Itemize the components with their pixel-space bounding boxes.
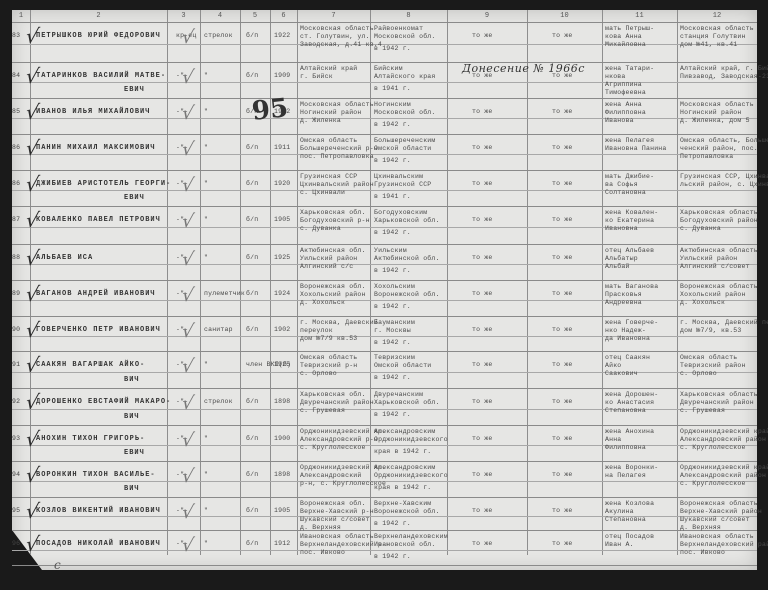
conscription-office-line: края в 1942 г. [374,484,431,492]
conscription-office-line: Харьковской обл. [374,217,440,225]
soldier-name: ИВАНОВ ИЛЬЯ МИХАЙЛОВИЧ [36,108,150,116]
birthplace-line: Верхне-Хавский р-н [300,508,374,516]
margin-mark: c [54,558,61,572]
conscription-office-line: Бауманским [374,319,415,327]
party-status: б/п [246,398,258,406]
birthplace-line: с. Круглолесское [300,444,366,452]
conscription-office-line: в 1942 г. [374,553,411,561]
address-line: с. Круглолесское [680,480,746,488]
conscription-office-line: Хохольским [374,283,415,291]
birthplace-line: Уильский район [300,255,357,263]
conscription-office-line: Райвоенкомат [374,25,423,33]
row-number: 86 [12,144,20,152]
checkmark-icon: √ [24,26,40,46]
soldier-name: ГОВЕРЧЕНКО ПЕТР ИВАНОВИЧ [36,326,161,334]
birthplace-line: Хохольский район [300,291,366,299]
checkmark-icon: √ [24,284,40,304]
row-divider [12,461,757,462]
conscription-office-line: Богодуховским [374,209,427,217]
address-line: Московская область [680,101,754,109]
row-divider [12,550,757,551]
document-sheet: 12345678910111283ПЕТРЫШКОВ ЮРИЙ ФЕДОРОВИ… [12,10,757,570]
birthplace-line: Заводская, д.41 кв.4 [300,41,382,49]
relative-line: жена Ковален- [605,209,658,217]
column-divider [270,10,271,555]
row-number: 83 [12,32,20,40]
soldier-name: ТАТАРИНКОВ ВАСИЛИЙ МАТВЕ- [36,72,166,80]
birth-year: 1925 [274,361,290,369]
column-divider [677,10,678,555]
col10-value: то же [552,32,573,40]
column-header: 5 [240,12,270,20]
address-line: ченский район, пос. [680,145,758,153]
col9-value: то же [472,290,493,298]
row-number: 87 [12,216,20,224]
column-divider [167,10,168,555]
birthplace-line: Воронежская обл. [300,283,366,291]
address-line: с. Круглолесское [680,444,746,452]
soldier-name-cont: ЕВИЧ [124,194,145,202]
relative-line: нкова [605,73,626,81]
checkmark-icon: √ [24,465,40,485]
conscription-office-line: в 1942 г. [374,303,411,311]
relative-line: Ивановна Панина [605,145,667,153]
relative-line: мать Джибие- [605,173,654,181]
row-divider [12,300,757,301]
position: " [204,144,208,152]
column-header: 4 [200,12,240,20]
address-line: Харьковская область [680,391,758,399]
relative-line: кова Анна [605,33,642,41]
relative-line: жена Анна [605,101,642,109]
checkmark-icon: √ [180,357,195,377]
relative-line: Акулина [605,508,634,516]
birthplace-line: д. Жиленка [300,117,341,125]
conscription-office-line: в 1942 г. [374,45,411,53]
address-line: Воронежская область [680,283,758,291]
birthplace-line: с. Дуванка [300,225,341,233]
address-line: д. Хохольск [680,299,725,307]
birthplace-line: Богодуховский р-н [300,217,370,225]
conscription-office-line: Александровским [374,464,436,472]
relative-line: Альбай [605,263,630,271]
checkmark-icon: √ [24,102,40,122]
checkmark-icon: √ [24,248,40,268]
birth-year: 1905 [274,507,290,515]
birthplace-line: Александровский р-н [300,436,378,444]
position: стрелок [204,398,233,406]
address-line: Воронежская область [680,500,758,508]
col10-value: то же [552,108,573,116]
conscription-office-line: Московской обл. [374,33,436,41]
checkmark-icon: √ [24,501,40,521]
conscription-office-line: края в 1942 г. [374,448,431,456]
address-line: Алтайский край, г. Бийск [680,65,768,73]
address-line: дом №7/9, кв.53 [680,327,742,335]
party-status: б/п [246,216,258,224]
birthplace-line: г. Бийск [300,73,333,81]
dispatch-reference: Донесение № 1966с [462,62,585,75]
relative-line: Саакович [605,370,638,378]
row-number: 86 [12,180,20,188]
col9-value: то же [472,507,493,515]
address-line: Верхнеландеховский район [680,541,768,549]
soldier-name: СААКЯН ВАГАРШАК АЙКО- [36,361,145,369]
relative-line: отец Альбаев [605,247,654,255]
column-header: 1 [12,12,30,20]
conscription-office-line: Ивановской обл. [374,541,436,549]
row-number: 89 [12,290,20,298]
soldier-name: ВАГАНОВ АНДРЕЙ ИВАНОВИЧ [36,290,156,298]
col9-value: то же [472,254,493,262]
birth-year: 1912 [274,540,290,548]
conscription-office-line: Большереченским [374,137,436,145]
checkmark-icon: √ [180,322,195,342]
relative-line: Филипповна [605,109,646,117]
conscription-office-line: Цхинвальским [374,173,423,181]
relative-line: Прасковья [605,291,642,299]
relative-line: Айко [605,362,621,370]
birthplace-line: д. Верхняя [300,524,341,532]
checkmark-icon: √ [24,320,40,340]
row-divider [12,118,757,119]
column-header: 11 [602,12,677,20]
checkmark-icon: √ [180,536,195,556]
row-divider [12,497,757,498]
register-table: 12345678910111283ПЕТРЫШКОВ ЮРИЙ ФЕДОРОВИ… [12,10,757,570]
col9-value: то же [472,144,493,152]
birth-year: 1898 [274,398,290,406]
col10-value: то же [552,216,573,224]
row-number: 84 [12,72,20,80]
address-line: Харьковская область [680,209,758,217]
conscription-office-line: в 1942 г. [374,411,411,419]
relative-line: Степановна [605,407,646,415]
birthplace-line: переулок [300,327,333,335]
party-status: б/п [246,435,258,443]
col10-value: то же [552,290,573,298]
col10-value: то же [552,471,573,479]
col10-value: то же [552,398,573,406]
checkmark-icon: √ [24,174,40,194]
conscription-office-line: Орджоникидзевского [374,472,448,480]
relative-line: Анна [605,436,621,444]
conscription-office-line: Воронежской обл. [374,291,440,299]
conscription-office-line: в 1942 г. [374,339,411,347]
position: " [204,254,208,262]
col9-value: то же [472,471,493,479]
soldier-name-cont: ЕВИЧ [124,449,145,457]
address-line: Московская область [680,25,754,33]
conscription-office-line: Московской обл. [374,109,436,117]
address-line: Орджоникидзевский край [680,464,768,472]
relative-line: на Пелагея [605,472,646,480]
row-number: 88 [12,254,20,262]
position: санитар [204,326,233,334]
row-divider [12,134,757,135]
conscription-office-line: г. Москвы [374,327,411,335]
col9-value: то же [472,32,493,40]
col10-value: то же [552,540,573,548]
conscription-office-line: Воронежской обл. [374,508,440,516]
birth-year: 1920 [274,180,290,188]
birthplace-line: Омская область [300,354,357,362]
soldier-name: КОВАЛЕНКО ПАВЕЛ ПЕТРОВИЧ [36,216,161,224]
checkmark-icon: √ [180,431,195,451]
party-status: б/п [246,326,258,334]
soldier-name: ДЖИБИЕВ АРИСТОТЕЛЬ ГЕОРГИ- [36,180,171,188]
party-status: б/п [246,180,258,188]
address-line: г. Москва, Даевский пер. [680,319,768,327]
birthplace-line: с. Грушевая [300,407,345,415]
row-divider [12,425,757,426]
conscription-office-line: в 1942 г. [374,157,411,165]
birth-year: 1902 [274,326,290,334]
birthplace-line: Московская область [300,25,374,33]
row-divider [12,530,757,531]
soldier-name-cont: ВИЧ [124,485,140,493]
col10-value: то же [552,180,573,188]
party-status: б/п [246,254,258,262]
address-line: Тевризский район [680,362,746,370]
row-divider [12,388,757,389]
address-line: Хохольский район [680,291,746,299]
checkmark-icon: √ [180,68,195,88]
birthplace-line: Цхинвальский район [300,181,374,189]
col9-value: то же [472,180,493,188]
checkmark-icon: √ [24,534,40,554]
birth-year: 1905 [274,216,290,224]
address-line: Орджоникидзевский край [680,428,768,436]
address-line: Ногинский район [680,109,742,117]
party-status: б/п [246,290,258,298]
relative-line: ко Екатерина [605,217,654,225]
birthplace-line: Актюбинская обл. [300,247,366,255]
column-header: 10 [527,12,602,20]
address-line: Ивановская область [680,533,754,541]
relative-line: Ивановна [605,225,638,233]
birthplace-line: Воронежская обл. [300,500,366,508]
conscription-office-line: Алтайского края [374,73,436,81]
relative-line: жена Говерче- [605,319,658,327]
column-header: 9 [447,12,527,20]
conscription-office-line: Александровским [374,428,436,436]
party-status: б/п [246,144,258,152]
soldier-name: АНОХИН ТИХОН ГРИГОРЬ- [36,435,145,443]
column-header: 3 [167,12,200,20]
relative-line: мать Ваганова [605,283,658,291]
row-number: 93 [12,435,20,443]
conscription-office-line: в 1941 г. [374,193,411,201]
soldier-name: ДОРОШЕНКО ЕВСТАФИЙ МАКАРО- [36,398,171,406]
row-divider [12,280,757,281]
relative-line: Филипповна [605,444,646,452]
relative-line: Альбатыр [605,255,638,263]
address-line: льский район, с. Цхинвали [680,181,768,189]
party-status: б/п [246,32,258,40]
col9-value: то же [472,216,493,224]
position: пулеметчик [204,290,245,298]
conscription-office-line: Верхне-Хавским [374,500,431,508]
relative-line: Агриппина [605,81,642,89]
col9-value: то же [472,435,493,443]
position: " [204,435,208,443]
relative-line: жена Анохина [605,428,654,436]
column-divider [200,10,201,555]
relative-line: Михайловна [605,41,646,49]
row-number: 96 [12,540,20,548]
address-line: Петропавловка [680,153,733,161]
soldier-name: ВОРОНКИН ТИХОН ВАСИЛЬЕ- [36,471,156,479]
relative-line: Иванова [605,117,634,125]
position: " [204,507,208,515]
address-line: с. Орлово [680,370,717,378]
col9-value: то же [472,361,493,369]
conscription-office-line: Бийским [374,65,403,73]
col10-value: то же [552,254,573,262]
row-divider [12,98,757,99]
address-line: Омская область [680,354,737,362]
address-line: Двуречанский район [680,399,754,407]
address-line: Шукавский с/совет [680,516,750,524]
row-divider [12,351,757,352]
row-divider [12,62,757,63]
checkmark-icon: √ [180,250,195,270]
position: " [204,180,208,188]
stamp-number: 95 [251,93,290,127]
checkmark-icon: √ [24,138,40,158]
soldier-name-cont: ВИЧ [124,376,140,384]
relative-line: жена Воронки- [605,464,658,472]
relative-line: жена Дорошен- [605,391,658,399]
column-divider [602,10,603,555]
address-line: Верхне-Хавский район [680,508,762,516]
conscription-office-line: в 1942 г. [374,374,411,382]
column-divider [240,10,241,555]
column-header: 8 [370,12,447,20]
birth-year: 1924 [274,290,290,298]
row-number: 85 [12,108,20,116]
party-status: б/п [246,540,258,548]
relative-line: да Ивановна [605,335,650,343]
conscription-office-line: Актюбинской обл. [374,255,440,263]
col9-value: то же [472,108,493,116]
conscription-office-line: в 1942 г. [374,229,411,237]
position: " [204,471,208,479]
relative-line: жена Пелагея [605,137,654,145]
soldier-name: АЛЬБАЕВ ИСА [36,254,93,262]
row-number: 92 [12,398,20,406]
birthplace-line: Большереченский р-н [300,145,378,153]
position: " [204,72,208,80]
conscription-office-line: Верхнеландеховским [374,533,448,541]
conscription-office-line: Тевризским [374,354,415,362]
relative-line: ко Анастасия [605,399,654,407]
address-line: Александровский район [680,472,766,480]
relative-line: жена Козлова [605,500,654,508]
birth-year: 1898 [274,471,290,479]
relative-line: жена Татари- [605,65,654,73]
address-line: Алгинский с/совет [680,263,750,271]
birthplace-line: с. Цхинвали [300,189,345,197]
address-line: Актюбинская область [680,247,758,255]
checkmark-icon: √ [180,467,195,487]
relative-line: Солтановна [605,189,646,197]
soldier-name-cont: ВИЧ [124,413,140,421]
checkmark-icon: √ [180,212,195,232]
conscription-office-line: в 1942 г. [374,520,411,528]
address-line: с. Грушевая [680,407,725,415]
checkmark-icon: √ [180,28,195,48]
conscription-office-line: в 1941 г. [374,85,411,93]
conscription-office-line: Ногинским [374,101,411,109]
birthplace-line: Омская область [300,137,357,145]
party-status: б/п [246,72,258,80]
birth-year: 1922 [274,32,290,40]
col10-value: то же [552,435,573,443]
row-divider [12,206,757,207]
relative-line: мать Петрыш- [605,25,654,33]
row-divider [12,22,757,23]
conscription-office-line: Харьковской обл. [374,399,440,407]
col9-value: то же [472,540,493,548]
conscription-office-line: Уильским [374,247,407,255]
conscription-office-line: Орджоникидзевского [374,436,448,444]
birthplace-line: Харьковская обл. [300,391,366,399]
birth-year: 1911 [274,144,290,152]
row-number: 90 [12,326,20,334]
column-header: 7 [297,12,370,20]
position: " [204,108,208,116]
position: " [204,361,208,369]
birth-year: 1925 [274,254,290,262]
row-divider [12,565,757,566]
row-divider [12,244,757,245]
address-line: Омская область, Большере- [680,137,768,145]
birthplace-line: Тевризский р-н [300,362,357,370]
relative-line: Иван А. [605,541,634,549]
soldier-name: КОЗЛОВ ВИКЕНТИЙ ИВАНОВИЧ [36,507,161,515]
row-divider [12,264,757,265]
address-line: Уильский район [680,255,737,263]
address-line: Богодуховский район [680,217,758,225]
birthplace-line: Двуречанский район [300,399,374,407]
address-line: Пивзавод, Заводская-23 [680,73,768,81]
relative-line: отец Посадов [605,533,654,541]
col10-value: то же [552,326,573,334]
column-header: 6 [270,12,297,20]
address-line: пос. Ивково [680,549,725,557]
col10-value: то же [552,144,573,152]
birth-year: 1900 [274,435,290,443]
birthplace-line: Ногинский район [300,109,362,117]
conscription-office-line: в 1942 г. [374,121,411,129]
address-line: станция Голутвин [680,33,746,41]
relative-line: Тимофеевна [605,89,646,97]
birthplace-line: Харьковская обл. [300,209,366,217]
row-number: 91 [12,361,20,369]
checkmark-icon: √ [180,176,195,196]
row-divider [12,372,757,373]
checkmark-icon: √ [24,66,40,86]
row-number: 95 [12,507,20,515]
address-line: д. Верхняя [680,524,721,532]
position: стрелок [204,32,233,40]
address-line: с. Дуванка [680,225,721,233]
col9-value: то же [472,326,493,334]
soldier-name-cont: ЕВИЧ [124,86,145,94]
birthplace-line: Ивановская область [300,533,374,541]
